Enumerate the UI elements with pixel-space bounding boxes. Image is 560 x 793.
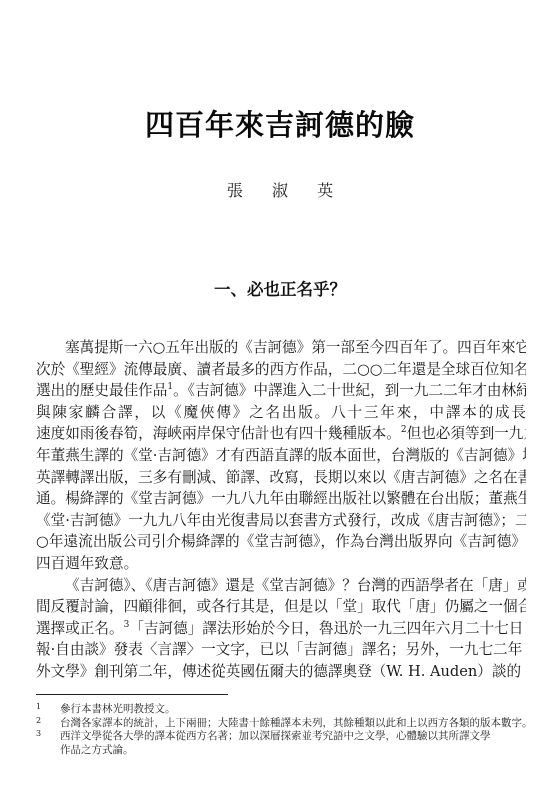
text-line: ○年遠流出版公司引介楊絳譯的《堂吉訶德》，作為台灣出版界向《吉訶德》 [36,531,526,553]
footnote-number: 1 [36,703,41,714]
footnote-continuation: 作品之方式論。 [36,744,526,758]
footnote: 3 西洋文學從各大學的譯本從西方名著；加以深層探索並考究語中之文學，心體驗以其所… [36,730,526,744]
author-char: 淑 [272,178,288,201]
text-line: 年董燕生譯的《堂·吉訶德》才有西語直譯的版本面世，台灣版的《吉訶德》均由 [36,445,526,467]
text-line: 次於《聖經》流傳最廣、讀者最多的西方作品，二○○二年還是全球百位知名作家 [36,359,526,381]
page-title: 四百年來吉訶德的臉 [0,103,560,144]
text-line: 四百週年致意。 [36,553,526,575]
footnote-text: 西洋文學從各大學的譯本從西方名著；加以深層探索並考究語中之文學，心體驗以其所譯文… [60,730,491,742]
footnote: 2 台灣各家譯本的統計，上下兩冊；大陸書十餘種譯本未列，其餘種類以此和上以西方各… [36,717,526,731]
text-line: 英譯轉譯出版，三多有刪減、節譯、改寫，長期以來以《唐吉訶德》之名在書市流 [36,467,526,489]
author-char: 英 [317,178,333,201]
text-line: 與陳家麟合譯，以《魔俠傳》之名出版。八十三年來，中譯本的成長 [36,402,526,424]
text-line: 報·自由談》發表〈言譯〉一文字，已以「吉訶德」譯名；另外，一九七二年《中 [36,639,526,661]
footnote-number: 2 [36,717,41,728]
footnote: 1 參行本書林光明教授文。 [36,703,526,717]
text-line: 速度如雨後春筍，海峽兩岸保守估計也有四十幾種版本。2但也必須等到一九九七 [36,423,526,445]
footnote-divider [36,694,228,695]
author-name: 張 淑 英 [0,178,560,201]
text-line: 《吉訶德》、《唐吉訶德》還是《堂吉訶德》？台灣的西語學者在「唐」或「堂」 [36,575,526,597]
text-line: 選出的歷史最佳作品1。《吉訶德》中譯進入二十世紀，到一九二二年才由林紓 [36,380,526,402]
footnote-number: 3 [36,730,41,741]
section-heading: 一、必也正名乎？ [0,276,560,300]
text-line: 《堂·吉訶德》一九九八年由光復書局以套書方式發行，改成《唐吉訶德》；二○○ [36,510,526,532]
author-char: 張 [227,178,243,201]
text-line: 通。楊絳譯的《堂吉訶德》一九八九年由聯經出版社以繁體在台出版；董燕生譯的 [36,488,526,510]
body-text: 塞萬提斯一六○五年出版的《吉訶德》第一部至今四百年了。四百年來它是僅 次於《聖經… [36,337,526,683]
footnotes: 1 參行本書林光明教授文。 2 台灣各家譯本的統計，上下兩冊；大陸書十餘種譯本未… [36,703,526,757]
footnote-text: 參行本書林光明教授文。 [60,703,176,715]
text-line: 塞萬提斯一六○五年出版的《吉訶德》第一部至今四百年了。四百年來它是僅 [36,337,526,359]
footnote-text: 作品之方式論。 [60,744,134,756]
text-line: 選擇或正名。3「吉訶德」譯法形始於今日，魯迅於一九三四年六月二十七日《申 [36,618,526,640]
footnote-text: 台灣各家譯本的統計，上下兩冊；大陸書十餘種譯本未列，其餘種類以此和上以西方各類的… [60,717,526,729]
text-line: 外文學》創刊第二年，傳述從英國伍爾夫的德譯奧登（W. H. Auden）談的《吉… [36,661,526,683]
text-line: 間反覆討論，四顧徘徊，或各行其是，但是以「堂」取代「唐」仍屬之一個合宜的 [36,596,526,618]
